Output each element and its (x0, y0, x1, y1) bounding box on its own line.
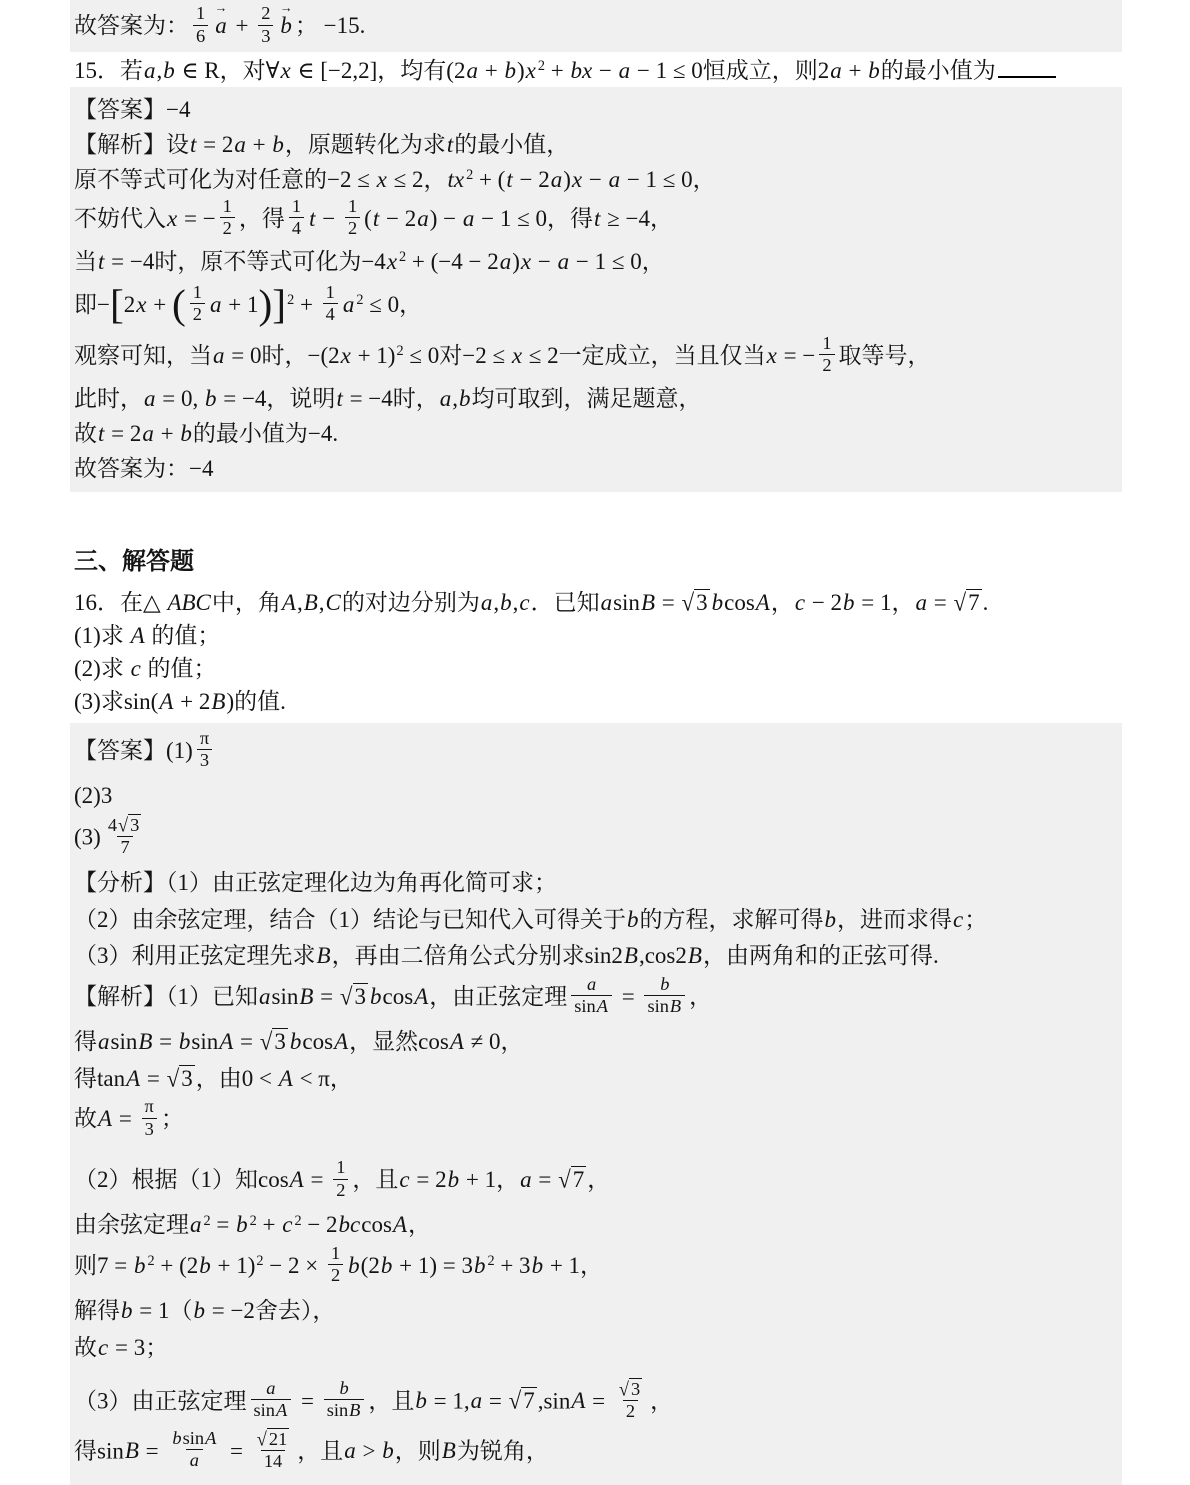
text-run: sin (191, 1029, 218, 1054)
radical-sign-icon: √ (118, 814, 128, 836)
math-superscript: 2 (293, 1213, 301, 1229)
fraction-numerator: 1 (333, 1157, 348, 1178)
text-run: 的最小值为−4. (193, 421, 338, 446)
text-run: sin (574, 996, 595, 1016)
math-fraction: bsinAa (168, 1428, 220, 1471)
text-run: ，进而求得 (837, 907, 952, 932)
text-run: 2 (822, 355, 831, 375)
fraction-numerator: 1 (289, 196, 304, 217)
text-run: 故 (74, 1106, 97, 1131)
text-run: = (533, 1167, 557, 1192)
fraction-numerator: 1 (190, 282, 205, 303)
text-run: = −4，说明 (217, 386, 335, 411)
math-var: t (505, 167, 513, 192)
text-run: + 1， (544, 1253, 603, 1278)
math-var: B (210, 689, 226, 714)
text-run: ≤ 0对−2 ≤ (404, 343, 511, 368)
math-var: c (97, 1335, 109, 1360)
text-run: (2 (361, 1253, 380, 1278)
math-var: b (179, 421, 193, 446)
text-run: = (928, 590, 952, 615)
math-fraction: bsinB (644, 974, 685, 1017)
text-run: = 2 (197, 132, 233, 157)
math-var: A (413, 984, 429, 1009)
text-run: = −4时，原不等式可化为−4 (105, 249, 385, 274)
text-run: sin (254, 1400, 275, 1420)
fraction-numerator: 2 (258, 3, 273, 24)
math-var: A (281, 590, 297, 615)
text-run: ，且 (368, 1388, 414, 1413)
text-line: 故t = 2a + b的最小值为−4. (74, 418, 1114, 449)
text-run: + 1， (460, 1167, 519, 1192)
section-heading: 三、解答题 (74, 546, 1122, 578)
math-var: A (449, 1029, 465, 1054)
text-run: 则7 = (74, 1253, 133, 1278)
math-radical: √3 (681, 587, 709, 618)
text-line: 即−[2x + (12a + 1)]2 + 14a2 ≤ 0， (74, 285, 1114, 328)
math-var: a (143, 58, 157, 83)
math-var: a (189, 1212, 203, 1237)
math-var: c (518, 590, 530, 615)
math-var: b (473, 1253, 487, 1278)
math-var: B (687, 943, 703, 968)
text-run: （3）利用正弦定理先求 (74, 943, 316, 968)
text-run: ，则 (395, 1438, 441, 1463)
fraction-numerator: √21 (253, 1428, 293, 1450)
text-run: = −2舍去）， (206, 1298, 335, 1323)
text-run: − 2 (806, 590, 842, 615)
math-fraction: 23 (258, 3, 273, 46)
math-fraction: 12 (819, 333, 834, 376)
math-var: b (162, 58, 176, 83)
text-line: 此时，a = 0, b = −4，说明t = −4时，a,b均可取到，满足题意， (74, 383, 1114, 414)
math-fraction: 12 (333, 1157, 348, 1200)
math-fraction: 12 (190, 282, 205, 325)
math-var: a (209, 292, 223, 317)
text-run: 3 (274, 1029, 286, 1054)
text-run: + (545, 58, 569, 83)
text-run: 的最小值， (454, 132, 569, 157)
math-var: b (235, 1212, 249, 1237)
text-run: ， (408, 1212, 431, 1237)
math-var: b (133, 1253, 147, 1278)
text-run: = (140, 1438, 164, 1463)
fraction-denominator: sinB (644, 995, 685, 1017)
big-bracket: ] (272, 287, 286, 322)
text-run: = −4时， (344, 386, 439, 411)
math-var: A (218, 1029, 234, 1054)
radicand: 3 (128, 814, 141, 836)
math-var: a (586, 974, 597, 994)
text-run: 1 (331, 1243, 340, 1263)
math-var: a (214, 13, 228, 38)
text-run: cos (383, 984, 414, 1009)
math-fraction: 14 (289, 196, 304, 239)
radicand: 7 (521, 1387, 537, 1414)
math-var: x (280, 58, 292, 83)
math-var: b (279, 13, 293, 38)
math-superscript: 2 (255, 1253, 263, 1269)
text-run: 2 (223, 218, 232, 238)
text-run: 中，角 (212, 590, 281, 615)
text-run: ，由0 < (196, 1066, 278, 1091)
math-fraction: 16 (193, 3, 208, 46)
text-line: 【解析】设t = 2a + b，原题转化为求t的最小值， (74, 129, 1114, 160)
math-var: b (178, 1029, 192, 1054)
math-var: bx (569, 58, 593, 83)
math-superscript: 2 (286, 292, 294, 308)
math-var: b (867, 58, 881, 83)
fraction-numerator: b (335, 1378, 352, 1399)
math-var: A (204, 1428, 217, 1448)
math-var: c (130, 656, 142, 681)
text-run: 3 (130, 815, 139, 835)
big-bracket: ) (258, 287, 272, 322)
math-var: B (348, 1400, 361, 1420)
text-run: ≤ 2一定成立，当且仅当 (523, 343, 766, 368)
fraction-denominator: sinA (571, 995, 612, 1017)
text-run: sin (183, 1428, 204, 1448)
text-line: 得tanA = √3，由0 < A < π， (74, 1063, 1114, 1094)
math-var: b (271, 132, 285, 157)
text-run: − 1 ≤ 0， (621, 167, 716, 192)
text-line: 【解析】（1）已知asinB = √3bcosA，由正弦定理asinA = bs… (74, 977, 1114, 1020)
text-run: = (224, 1438, 248, 1463)
fraction-denominator: 3 (197, 749, 212, 771)
text-run: = − (178, 206, 215, 231)
text-line: 当t = −4时，原不等式可化为−4x2 + (−4 − 2a)x − a − … (74, 246, 1114, 277)
text-run: 3 (200, 750, 209, 770)
fraction-denominator: 2 (345, 217, 360, 239)
math-fraction: asinA (571, 974, 612, 1017)
text-run: ) (517, 58, 525, 83)
text-run: 14 (264, 1451, 282, 1471)
fraction-denominator: a (186, 1449, 203, 1471)
radicand: 7 (571, 1166, 587, 1193)
text-line: 故A = π3； (74, 1099, 1114, 1142)
fraction-denominator: 2 (333, 1179, 348, 1201)
text-run: ,cos2 (639, 943, 687, 968)
text-run: − (532, 249, 556, 274)
text-run: 的对边分别为 (342, 590, 480, 615)
math-var: A (278, 1066, 294, 1091)
math-var: a (618, 58, 632, 83)
fraction-denominator: 4 (323, 303, 338, 325)
text-line: 【分析】（1）由正弦定理化边为角再化简可求； (74, 867, 1114, 898)
math-var: B (303, 590, 319, 615)
fraction-denominator: 3 (142, 1118, 157, 1140)
math-var: a (342, 292, 356, 317)
text-run: = (656, 590, 680, 615)
fraction-denominator: sinA (251, 1399, 292, 1421)
text-run: + ( (473, 167, 505, 192)
text-run: + 1 (222, 292, 258, 317)
text-run: + 1) (212, 1253, 256, 1278)
text-run: − 1 ≤ 0， (570, 249, 665, 274)
text-run: sin (327, 1400, 348, 1420)
answer-blank (998, 57, 1056, 78)
text-run: 3 (355, 984, 367, 1009)
math-var: a (600, 590, 614, 615)
text-run: cos (302, 1029, 333, 1054)
math-var: x (166, 206, 178, 231)
answer-block-14: 故答案为：16→a + 23→b； −15. (70, 0, 1122, 52)
text-run: 3 (696, 590, 708, 615)
text-line: 不妨代入x = −12，得14t − 12(t − 2a) − a − 1 ≤ … (74, 199, 1114, 242)
text-run: 4 (292, 218, 301, 238)
text-run: 即− (74, 292, 110, 317)
math-var: b (824, 907, 838, 932)
radical-sign-icon: √ (167, 1062, 180, 1095)
text-run: = 1（ (134, 1298, 193, 1323)
text-line: (3)求sin(A + 2B)的值. (74, 686, 1122, 717)
text-run: (2)求 (74, 656, 130, 681)
text-run: ， (771, 590, 794, 615)
math-var: b (842, 590, 856, 615)
math-var: B (623, 943, 639, 968)
text-run: 1 (292, 196, 301, 216)
math-radical: √7 (509, 1385, 537, 1416)
fraction-numerator: 1 (819, 333, 834, 354)
fraction-denominator: 2 (328, 1264, 343, 1286)
text-run: = (314, 984, 338, 1009)
solution-block-15: 【答案】−4【解析】设t = 2a + b，原题转化为求t的最小值，原不等式可化… (70, 87, 1122, 492)
fraction-numerator: a (262, 1378, 279, 1399)
text-run: 3 (145, 1119, 154, 1139)
math-radical: √3 (260, 1026, 288, 1057)
math-fraction: 12 (220, 196, 235, 239)
radicand: 3 (694, 589, 710, 616)
math-var: b (380, 1253, 394, 1278)
text-run: sin (613, 590, 640, 615)
text-run: 为锐角， (457, 1438, 549, 1463)
text-line: 【答案】(1)π3 (74, 731, 1114, 774)
radical-sign-icon: √ (558, 1164, 571, 1197)
text-run: 此时， (74, 386, 143, 411)
math-var: t (446, 132, 454, 157)
math-var: b (192, 1298, 206, 1323)
text-run: = 0, (157, 386, 204, 411)
math-superscript: 2 (398, 249, 406, 265)
text-run: + (155, 421, 179, 446)
text-run: 故 (74, 1335, 97, 1360)
math-var: a (465, 58, 479, 83)
text-run: = 2 (105, 421, 141, 446)
text-run: cos (724, 590, 755, 615)
text-run: + (230, 13, 254, 38)
text-run: 故答案为：−4 (74, 456, 213, 481)
math-var: A (97, 1106, 113, 1131)
text-run: = 0时，−(2 (226, 343, 340, 368)
text-run: + (843, 58, 867, 83)
text-run: 得sin (74, 1438, 124, 1463)
text-run: 3 (631, 1379, 640, 1399)
text-run: 7 (573, 1167, 585, 1192)
text-run: ； (964, 907, 987, 932)
text-line: 16．在△ ABC中，角A,B,C的对边分别为a,b,c．已知asinB = √… (74, 587, 1122, 618)
text-run: = 2 (411, 1167, 447, 1192)
document-page: 故答案为：16→a + 23→b； −15. 15．若a,b ∈ R，对∀x ∈… (0, 0, 1190, 1485)
math-var: B (441, 1438, 457, 1463)
text-line: 得sinB = bsinAa = √2114，且a > b，则B为锐角， (74, 1431, 1114, 1475)
math-radical: √3 (118, 814, 141, 836)
text-run: + (479, 58, 503, 83)
math-var: c (952, 907, 964, 932)
math-var: b (198, 1253, 212, 1278)
math-var: B (316, 943, 332, 968)
text-run: + 1) = 3 (393, 1253, 473, 1278)
text-run: = − (778, 343, 815, 368)
math-var: b (171, 1428, 182, 1448)
text-run: + 3 (495, 1253, 531, 1278)
math-var: x (766, 343, 778, 368)
text-run: (2)3 (74, 783, 112, 808)
text-run: = (295, 1388, 319, 1413)
text-run: ，得 (239, 206, 285, 231)
math-var: A (596, 996, 609, 1016)
math-superscript: 2 (249, 1213, 257, 1229)
math-fraction: bsinB (324, 1378, 365, 1421)
math-superscript: 2 (486, 1253, 494, 1269)
question-15: 15．若a,b ∈ R，对∀x ∈ [−2,2]，均有(2a + b)x2 + … (0, 52, 1190, 87)
math-var: b (381, 1438, 395, 1463)
fraction-numerator: π (142, 1096, 157, 1117)
solution-block-16: 【答案】(1)π3(2)3(3)4√37【分析】（1）由正弦定理化边为角再化简可… (70, 723, 1122, 1485)
fraction-denominator: 2 (623, 1400, 638, 1422)
text-run: < π， (294, 1066, 353, 1091)
math-fraction: asinA (251, 1378, 292, 1421)
fraction-denominator: 7 (117, 836, 132, 858)
math-var: C (325, 590, 342, 615)
math-var: B (669, 996, 682, 1016)
text-run: 解得 (74, 1298, 120, 1323)
text-run: 7 (120, 837, 129, 857)
text-run: ≤ 2， (388, 167, 447, 192)
text-run: − 2 × (264, 1253, 324, 1278)
math-var: a (499, 249, 513, 274)
radical-sign-icon: √ (619, 1378, 629, 1400)
text-run: > (357, 1438, 381, 1463)
text-run: 【解析】（1）已知 (74, 984, 258, 1009)
text-run: ，显然cos (349, 1029, 449, 1054)
text-run: 4 (108, 815, 117, 835)
text-run: 3 (261, 26, 270, 46)
fraction-numerator: 1 (328, 1243, 343, 1264)
text-run: = (483, 1388, 507, 1413)
math-var: b (289, 1029, 303, 1054)
math-var: B (124, 1438, 140, 1463)
text-run: 的值； (146, 623, 221, 648)
text-line: (3)4√37 (74, 817, 1114, 861)
math-var: x (386, 249, 398, 274)
text-run: + (148, 292, 172, 317)
text-run: = 1， (856, 590, 915, 615)
vector-arrow-icon: → (215, 2, 228, 15)
text-line: 故答案为：−4 (74, 453, 1114, 484)
text-line: （2）根据（1）知cosA = 12，且c = 2b + 1，a = √7， (74, 1160, 1114, 1203)
radical-sign-icon: √ (260, 1025, 273, 1058)
text-run: cos (361, 1212, 392, 1237)
radicand: 3 (353, 983, 369, 1010)
math-var: b (414, 1388, 428, 1413)
fraction-numerator: a (583, 974, 600, 995)
math-var: a (343, 1438, 357, 1463)
text-run: 的方程，求解可得 (640, 907, 824, 932)
text-line: (1)求 A 的值； (74, 620, 1122, 651)
text-run: (3) (74, 824, 101, 849)
text-run: − (593, 58, 617, 83)
text-run: 15．若 (74, 58, 143, 83)
text-run: − (583, 167, 607, 192)
text-run: − 1 ≤ 0恒成立，则2 (631, 58, 829, 83)
fraction-denominator: 4 (289, 217, 304, 239)
text-run: ，由正弦定理 (429, 984, 567, 1009)
math-var: b (369, 984, 383, 1009)
text-run: 1 (348, 196, 357, 216)
text-run: 的最小值为 (881, 58, 996, 83)
text-run: + 2 (174, 689, 210, 714)
math-fraction: π3 (197, 728, 212, 771)
math-var: A (570, 1388, 586, 1413)
text-line: 解得b = 1（b = −2舍去）， (74, 1295, 1114, 1326)
math-var: a (233, 132, 247, 157)
radical-sign-icon: √ (509, 1384, 522, 1417)
math-var: a (265, 1378, 276, 1398)
fraction-denominator: 14 (261, 1450, 285, 1472)
text-line: 故c = 3； (74, 1332, 1114, 1363)
text-run: 1 (223, 196, 232, 216)
math-var: A (158, 689, 174, 714)
fraction-numerator: bsinA (168, 1428, 220, 1449)
radicand: 3 (179, 1065, 195, 1092)
math-var: x (340, 343, 352, 368)
text-run: 6 (196, 26, 205, 46)
text-run: 2 (261, 3, 270, 23)
text-run: （3）由正弦定理 (74, 1388, 247, 1413)
fraction-numerator: √3 (615, 1378, 646, 1400)
math-fraction: π3 (142, 1096, 157, 1139)
fraction-numerator: 1 (220, 196, 235, 217)
fraction-denominator: 3 (258, 25, 273, 47)
math-var: b (447, 1167, 461, 1192)
math-var: B (640, 590, 656, 615)
math-var: x (135, 292, 147, 317)
math-var: b (204, 386, 218, 411)
math-var: a (97, 1029, 111, 1054)
text-run: 取等号， (839, 343, 931, 368)
fraction-numerator: 1 (193, 3, 208, 24)
math-radical: √3 (340, 981, 368, 1012)
text-run: sin (111, 1029, 138, 1054)
math-var: ABC (166, 590, 211, 615)
text-run: + (2 (155, 1253, 199, 1278)
text-line: （3）利用正弦定理先求B，再由二倍角公式分别求sin2B,cos2B，由两角和的… (74, 940, 1114, 971)
math-fraction: √32 (615, 1378, 646, 1422)
math-var: x (520, 249, 532, 274)
math-var: A (125, 1066, 141, 1091)
text-run: 1 (326, 282, 335, 302)
math-superscript: 2 (355, 292, 363, 308)
text-run: , (319, 590, 325, 615)
text-run: ； (161, 1106, 184, 1131)
text-run: 均可取到，满足题意， (472, 386, 702, 411)
math-var: b (531, 1253, 545, 1278)
text-run: ．已知 (531, 590, 600, 615)
math-radical: √7 (954, 587, 982, 618)
math-var: b (503, 58, 517, 83)
text-run: ≤ 0， (364, 292, 423, 317)
math-fraction: 12 (345, 196, 360, 239)
